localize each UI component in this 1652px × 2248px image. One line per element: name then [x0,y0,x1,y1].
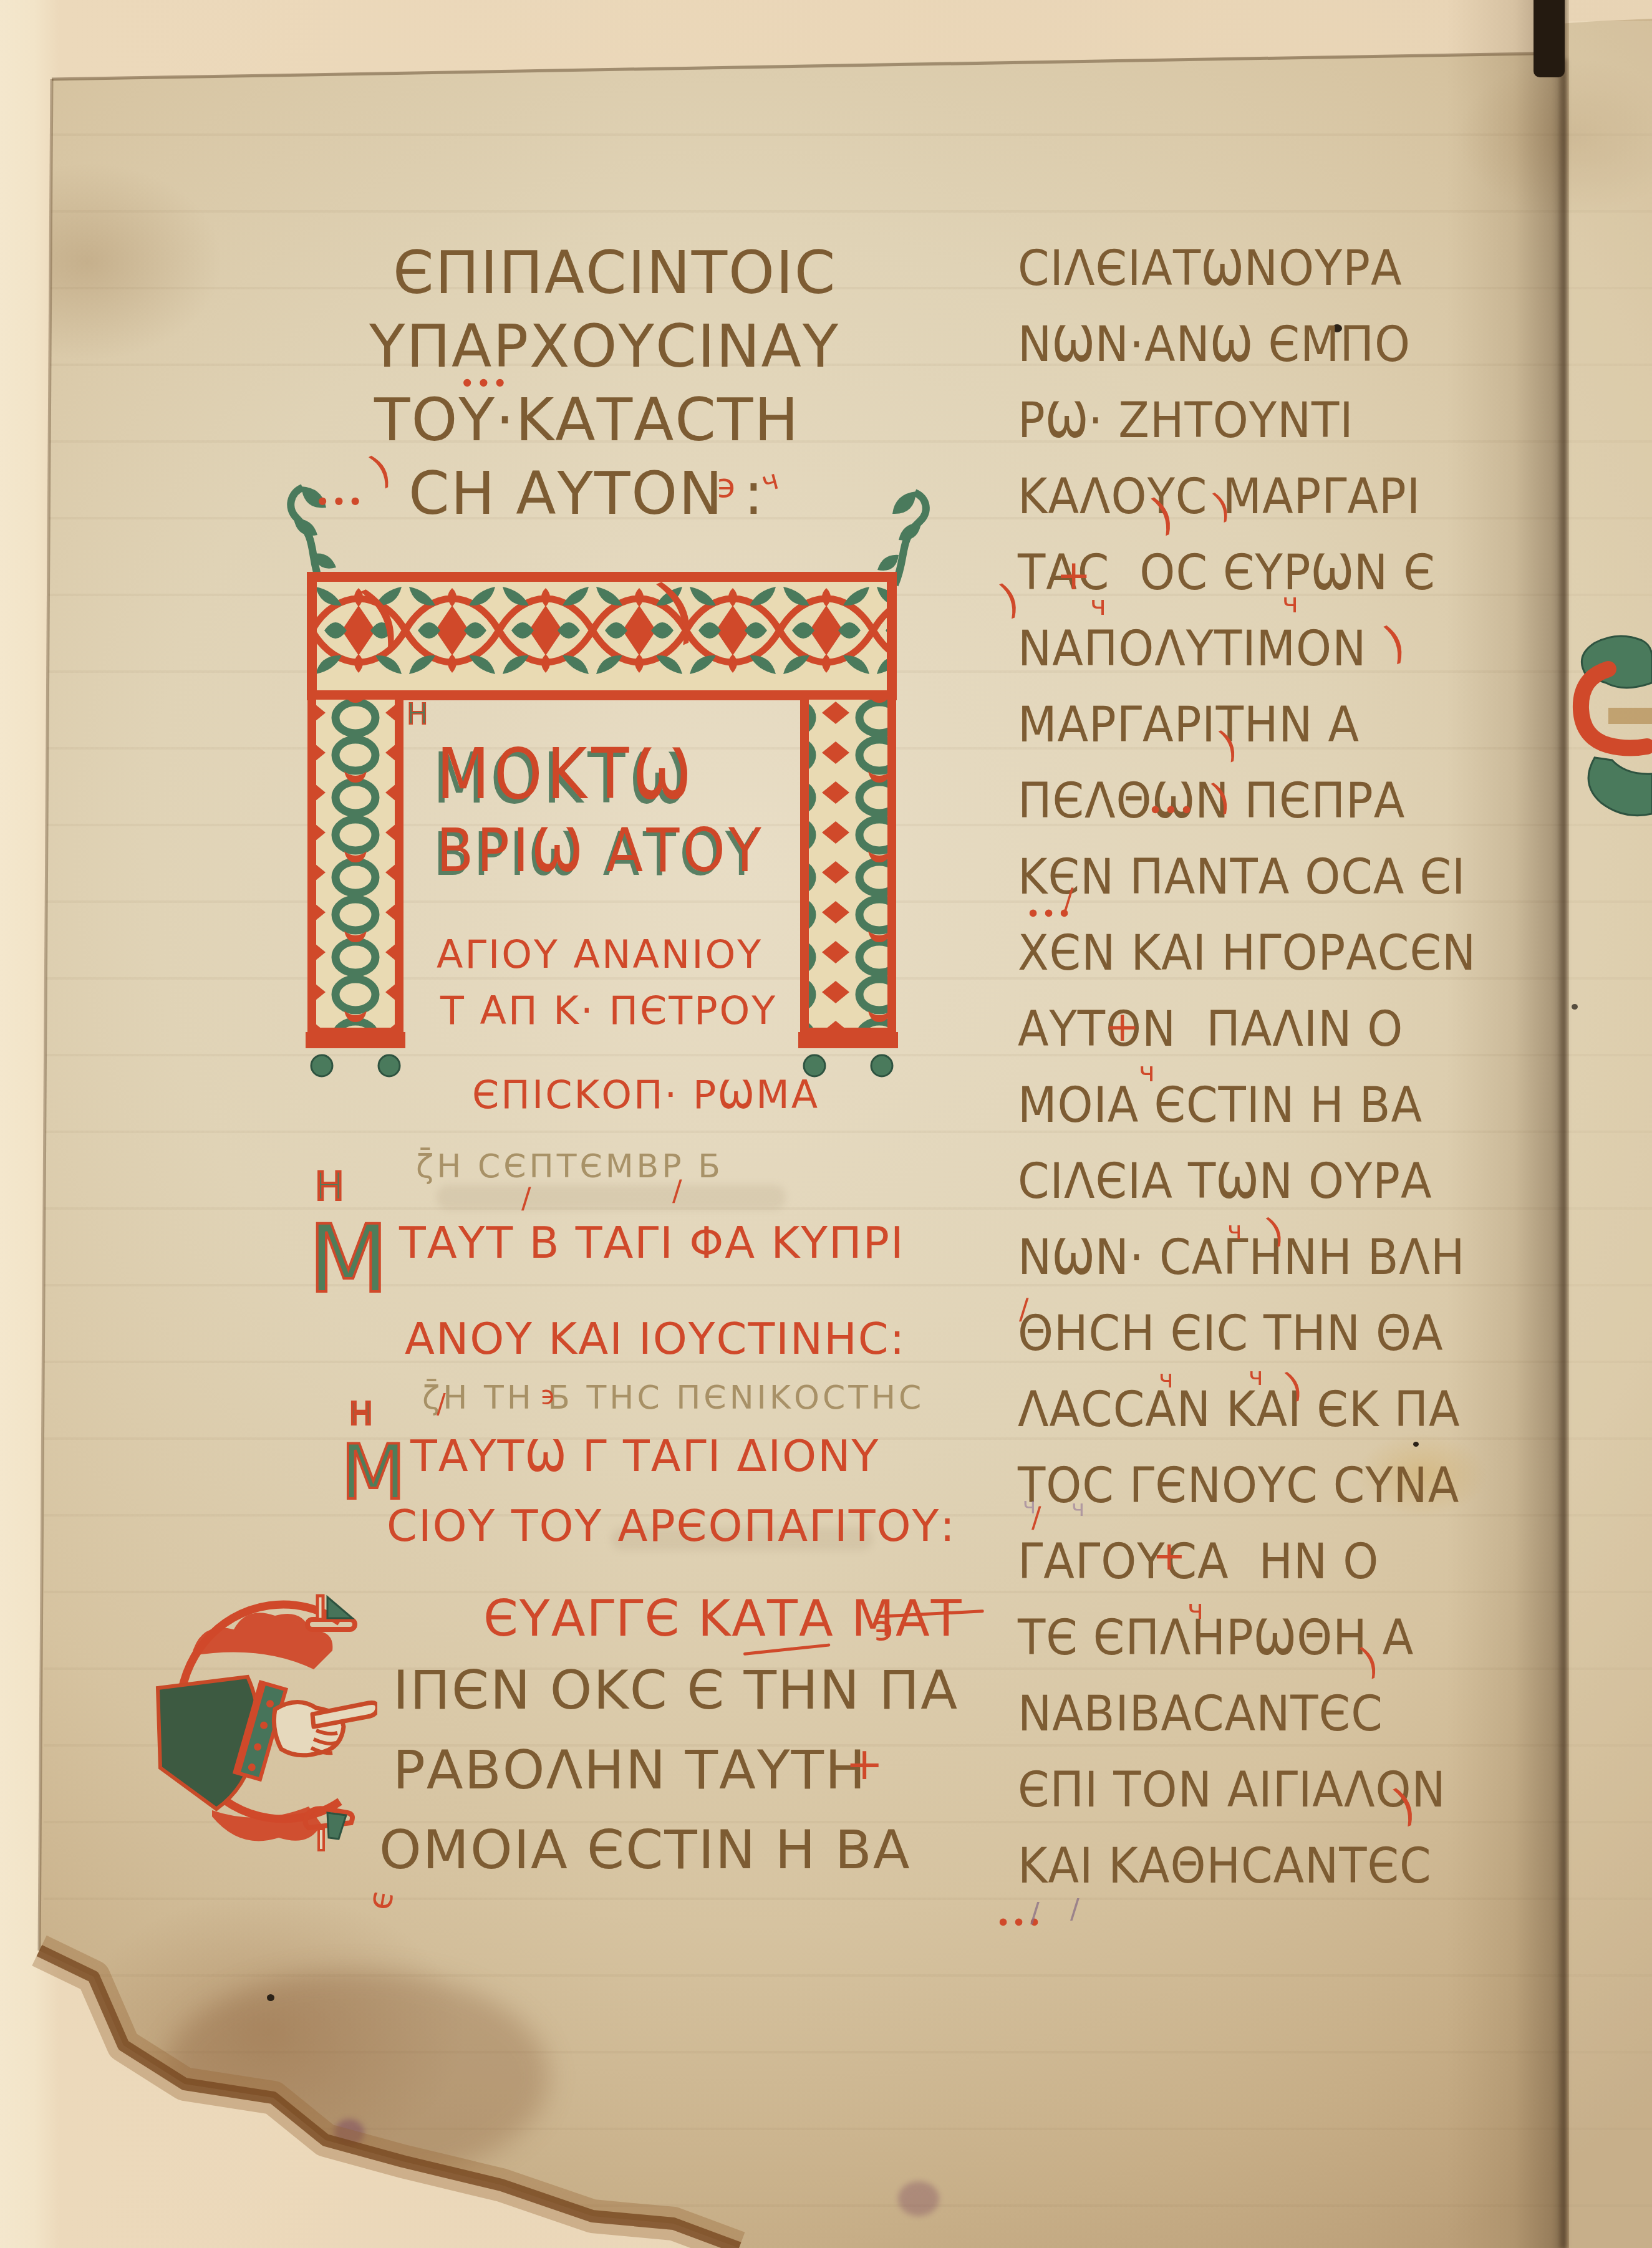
right-column-line: ϹΙΛЄΙΑ ΤѠΝ ΟΥΡΑ [1018,1157,1432,1206]
menologion-entry-line: ΤΑΥΤ Β ΤΑΓΙ ΦΑ ΚΥΠΡΙ [399,1221,905,1265]
red-tick-mark: ч [1282,590,1298,617]
red-cross-mark: + [1056,555,1091,596]
incipit-line: ΟΜΟΙΑ ЄϹΤΙΝ Η ΒΑ [379,1823,911,1877]
left-column-line: ЄΠΙΠΑϹΙΝΤΟΙϹ [393,244,836,303]
right-column-line: ΧЄΝ ΚΑΙ ΗΓΟΡΑϹЄΝ [1018,929,1476,978]
purple-stain [898,2181,939,2216]
acanthus-leaf-icon [1588,758,1652,816]
red-slash-mark: ∕ [1019,1295,1029,1323]
marginal-initial-large: М [308,1213,389,1306]
right-column-line: ΑΥΤΟΝ ΠΑΛΙΝ Ο [1018,1005,1403,1054]
incipit-line: ΡΑΒΟΛΗΝ ΤΑΥΤΗ [393,1744,867,1797]
right-column-line: ΡѠ· ΖΗΤΟΥΝΤΙ [1018,397,1354,445]
binding-gap [1534,0,1565,77]
faded-tick-mark: ч [1071,1498,1084,1520]
right-column-line: ЄΠΙ ΤΟΝ ΑΙΓΙΑΛΟΝ [1018,1766,1446,1815]
purple-stain [198,2095,220,2115]
headpiece-leg-right [804,695,892,1032]
red-dots-mark: ∙∙∙ [1147,797,1194,822]
ink-speck [1413,1442,1419,1447]
headpiece-superscript: Н [407,700,428,728]
menologion-faded-note: ζ̄Η ΤΗ Б ΤΗϹ ΠЄΝΙΚΟϹΤΗϹ [422,1382,924,1414]
foot-ball-icon [311,1055,332,1076]
right-column-line: ΝΑΒΙΒΑϹΑΝΤЄϹ [1018,1690,1383,1739]
red-tick-mark: ч [1139,1059,1155,1086]
marginal-initial-small: Н [349,1398,373,1429]
menologion-bishop-line: ЄΠΙϹΚΟΠ· ΡѠΜΑ [472,1076,819,1114]
right-column-line: ΤЄ ЄΠΛΗΡѠΘΗ Α [1018,1614,1414,1662]
faded-slash-mark: ∕ [1070,1896,1080,1923]
red-tick-mark: ч [1187,1596,1204,1624]
red-slash-mark: ∕ [521,1184,531,1212]
right-column-line: ΝѠΝ·ΑΝѠ ЄΜΠΟ [1018,321,1411,369]
headpiece-title-line: ΒΡΙѠ ΑΤΟΥ [437,821,765,880]
red-tick-mark: ч [1159,1367,1174,1392]
right-column-line: ΚΑΙ ΚΑΘΗϹΑΝΤЄϹ [1018,1842,1432,1891]
headpiece-leg-left [312,695,399,1032]
purple-stain [277,2140,322,2180]
right-column-line: ΜΑΡΓΑΡΙΤΗΝ Α [1018,701,1360,750]
red-cross-mark: + [1152,1536,1186,1576]
right-column-line: ΓΑΓΟΥϹΑ ΗΝ Ο [1018,1538,1379,1586]
ink-speck [267,1994,274,2001]
red-dots-mark: ∙∙∙ [459,369,508,395]
red-tick-mark: ч [1090,592,1106,620]
red-tick-mark: ч [1227,1218,1242,1243]
right-column-line: ϹΙΛЄΙΑΤѠΝΟΥΡΑ [1018,244,1403,293]
red-slash-mark: ∕ [437,1391,446,1418]
marginal-initial-small: Н [315,1167,344,1206]
purple-stain [334,2119,364,2146]
manicula-pointing-hand-icon [153,1562,377,1861]
headpiece-rubric-line: Τ ΑΠ Κ· ΠЄΤΡΟΥ [440,991,777,1030]
index-finger [312,1702,377,1727]
left-column-line: ΤΟΥ·ΚΑΤΑϹΤΗ [374,392,799,450]
right-column-line: ΚЄΝ ΠΑΝΤΑ ΟϹΑ ЄΙ [1018,853,1466,902]
gutter-crease [1560,59,1567,2248]
red-slash-mark: ∕ [1031,1503,1041,1532]
marginal-initial-large: М [341,1434,406,1510]
menologion-entry-line: ϹΙΟΥ ΤΟΥ ΑΡЄΟΠΑΓΙΤΟΥ: [387,1504,956,1548]
left-column-line: ΥΠΑΡΧΟΥϹΙΝΑΥ [369,318,839,377]
headpiece-title-line: ΜΟΚΤѠ [437,740,695,809]
right-column-line: ΘΗϹΗ ЄΙϹ ΤΗΝ ΘΑ [1018,1310,1444,1358]
red-dots-mark: ∙∙∙ [314,488,364,514]
red-epsilon-mark: ϶ [540,1383,556,1408]
purple-stain [225,2105,258,2136]
right-column-line: ΛΑϹϹΑΝ ΚΑΙ ЄΚ ΠΑ [1018,1386,1460,1434]
incipit-line: ΙΠЄΝ ΟΚϹ Є ΤΗΝ ΠΑ [393,1664,959,1717]
purple-stain [374,2169,414,2205]
faded-slash-mark: ∕ [1030,1899,1040,1927]
red-epsilon-mark: ϶ [716,469,737,503]
next-folio-initial [1568,633,1652,832]
foot-ball-icon [871,1055,892,1076]
gutter-shadow [1447,0,1569,2248]
menologion-entry-line: ΤΑΥΤѠ Γ ΤΑΓΙ ΔΙΟΝΥ [410,1434,879,1478]
leg-cap [798,1032,898,1048]
leg-cap [306,1032,405,1048]
next-folio [1569,21,1652,2248]
headpiece-rubric-line: ΑΓΙΟΥ ΑΝΑΝΙΟΥ [437,935,763,974]
right-column-line: ΜΟΙΑ ЄϹΤΙΝ Η ΒΑ [1018,1081,1423,1130]
edge-stain [162,1971,549,2183]
corner-sprig-right [877,491,926,585]
foot-ball-icon [379,1055,400,1076]
red-cross-mark: + [846,1741,883,1786]
red-slash-mark: ∕ [672,1176,682,1205]
photo-mat: Н ΜΟΚΤѠ ΒΡΙѠ ΑΤΟΥ ΑΓΙΟΥ ΑΝΑΝΙΟΥ Τ ΑΠ Κ· … [0,0,1652,2248]
right-column-line: ΝΑΠΟΛΥΤΙΜΟΝ [1018,625,1366,673]
left-column-line: ϹΗ ΑΥΤΟΝ : [408,465,765,524]
menologion-entry-line: ΑΝΟΥ ΚΑΙ ΙΟΥϹΤΙΝΗϹ: [405,1317,906,1361]
red-tick-mark: ч [1249,1364,1263,1389]
red-slash-mark: ∕ [1064,884,1074,913]
show-through-text [437,1185,786,1210]
initial-bar [1608,708,1652,724]
red-cross-mark: + [1105,1006,1139,1048]
